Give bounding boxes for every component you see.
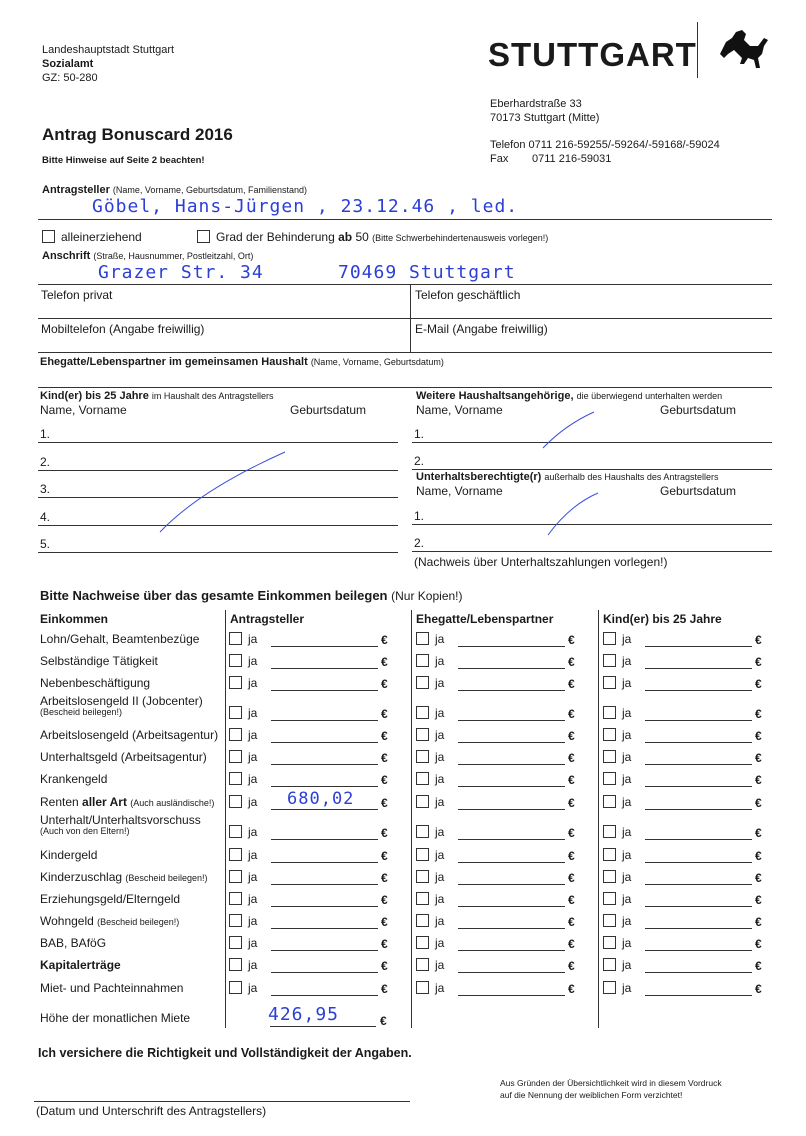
gender-note-line1: Aus Gründen der Übersichtlichkeit wird i… — [500, 1078, 722, 1088]
currency-symbol: € — [568, 655, 575, 669]
income-children-checkbox[interactable] — [603, 848, 616, 861]
income-spouse-checkbox[interactable] — [416, 936, 429, 949]
income-spouse-checkbox[interactable] — [416, 795, 429, 808]
income-row-sublabel: (Bescheid beilegen!) — [40, 707, 122, 717]
income-applicant-checkbox[interactable] — [229, 848, 242, 861]
yes-label: ja — [248, 728, 257, 742]
currency-symbol: € — [381, 796, 388, 810]
yes-label: ja — [435, 728, 444, 742]
yes-label: ja — [248, 750, 257, 764]
yes-label: ja — [248, 936, 257, 950]
income-children-checkbox[interactable] — [603, 892, 616, 905]
yes-label: ja — [622, 870, 631, 884]
yes-label: ja — [435, 870, 444, 884]
yes-label: ja — [248, 825, 257, 839]
income-spouse-checkbox[interactable] — [416, 632, 429, 645]
currency-symbol: € — [755, 849, 762, 863]
currency-symbol: € — [755, 677, 762, 691]
yes-label: ja — [248, 870, 257, 884]
currency-symbol: € — [568, 729, 575, 743]
yes-label: ja — [622, 772, 631, 786]
yes-label: ja — [248, 772, 257, 786]
currency-symbol: € — [568, 849, 575, 863]
currency-symbol: € — [381, 826, 388, 840]
currency-symbol: € — [381, 751, 388, 765]
income-spouse-checkbox[interactable] — [416, 914, 429, 927]
yes-label: ja — [248, 892, 257, 906]
income-applicant-checkbox[interactable] — [229, 772, 242, 785]
yes-label: ja — [435, 750, 444, 764]
income-row-label: Miet- und Pachteinnahmen — [40, 981, 183, 995]
currency-symbol: € — [381, 871, 388, 885]
declaration-text: Ich versichere die Richtigkeit und Volls… — [38, 1046, 412, 1060]
currency-symbol: € — [381, 959, 388, 973]
income-applicant-checkbox[interactable] — [229, 870, 242, 883]
currency-symbol: € — [381, 982, 388, 996]
income-row-label: Erziehungsgeld/Elterngeld — [40, 892, 180, 906]
yes-label: ja — [435, 676, 444, 690]
currency-symbol: € — [568, 633, 575, 647]
income-children-checkbox[interactable] — [603, 750, 616, 763]
currency-symbol: € — [381, 893, 388, 907]
currency-symbol: € — [568, 773, 575, 787]
currency-symbol: € — [568, 915, 575, 929]
currency-symbol: € — [755, 959, 762, 973]
income-spouse-checkbox[interactable] — [416, 958, 429, 971]
income-row-label: Wohngeld (Bescheid beilegen!) — [40, 914, 179, 928]
currency-symbol: € — [568, 959, 575, 973]
income-children-checkbox[interactable] — [603, 706, 616, 719]
signature-field[interactable] — [38, 1084, 410, 1100]
income-spouse-checkbox[interactable] — [416, 676, 429, 689]
yes-label: ja — [248, 981, 257, 995]
currency-symbol: € — [755, 655, 762, 669]
yes-label: ja — [622, 632, 631, 646]
income-children-checkbox[interactable] — [603, 914, 616, 927]
rent-label: Höhe der monatlichen Miete — [40, 1011, 190, 1025]
yes-label: ja — [622, 795, 631, 809]
rent-field[interactable]: 426,95 — [268, 1004, 339, 1025]
yes-label: ja — [248, 654, 257, 668]
income-row-label: Kindergeld — [40, 848, 97, 862]
income-applicant-checkbox[interactable] — [229, 676, 242, 689]
income-applicant-checkbox[interactable] — [229, 795, 242, 808]
income-applicant-checkbox[interactable] — [229, 632, 242, 645]
income-row-label: Arbeitslosengeld II (Jobcenter) — [40, 694, 203, 708]
yes-label: ja — [248, 958, 257, 972]
currency-symbol: € — [568, 893, 575, 907]
currency-symbol: € — [755, 871, 762, 885]
income-children-checkbox[interactable] — [603, 795, 616, 808]
yes-label: ja — [435, 772, 444, 786]
income-applicant-checkbox[interactable] — [229, 914, 242, 927]
currency-symbol: € — [755, 893, 762, 907]
currency-symbol: € — [755, 751, 762, 765]
yes-label: ja — [248, 795, 257, 809]
yes-label: ja — [622, 706, 631, 720]
income-row-label: Selbständige Tätigkeit — [40, 654, 158, 668]
income-spouse-checkbox[interactable] — [416, 772, 429, 785]
income-heading: Bitte Nachweise über das gesamte Einkomm… — [40, 588, 463, 603]
income-applicant-amount[interactable]: 680,02 — [287, 789, 354, 809]
yes-label: ja — [622, 654, 631, 668]
income-row-label: Arbeitslosengeld (Arbeitsagentur) — [40, 728, 218, 742]
rent-currency: € — [380, 1014, 387, 1028]
income-applicant-checkbox[interactable] — [229, 654, 242, 667]
currency-symbol: € — [381, 707, 388, 721]
income-children-checkbox[interactable] — [603, 676, 616, 689]
income-spouse-checkbox[interactable] — [416, 981, 429, 994]
yes-label: ja — [622, 914, 631, 928]
income-spouse-checkbox[interactable] — [416, 870, 429, 883]
yes-label: ja — [622, 981, 631, 995]
income-applicant-checkbox[interactable] — [229, 825, 242, 838]
income-row-label: Krankengeld — [40, 772, 107, 786]
currency-symbol: € — [755, 729, 762, 743]
income-applicant-checkbox[interactable] — [229, 936, 242, 949]
yes-label: ja — [622, 750, 631, 764]
currency-symbol: € — [381, 655, 388, 669]
currency-symbol: € — [381, 915, 388, 929]
currency-symbol: € — [568, 796, 575, 810]
currency-symbol: € — [381, 677, 388, 691]
currency-symbol: € — [381, 633, 388, 647]
income-spouse-checkbox[interactable] — [416, 892, 429, 905]
yes-label: ja — [248, 632, 257, 646]
gender-note-line2: auf die Nennung der weiblichen Form verz… — [500, 1090, 682, 1100]
currency-symbol: € — [381, 849, 388, 863]
income-row-label: Unterhalt/Unterhaltsvorschuss — [40, 813, 201, 827]
yes-label: ja — [435, 795, 444, 809]
income-spouse-checkbox[interactable] — [416, 848, 429, 861]
currency-symbol: € — [568, 751, 575, 765]
income-applicant-checkbox[interactable] — [229, 706, 242, 719]
currency-symbol: € — [755, 982, 762, 996]
income-col-label: Einkommen — [40, 612, 108, 626]
income-row-label: Lohn/Gehalt, Beamtenbezüge — [40, 632, 199, 646]
income-row-sublabel: (Auch von den Eltern!) — [40, 826, 130, 836]
currency-symbol: € — [568, 982, 575, 996]
income-applicant-checkbox[interactable] — [229, 892, 242, 905]
income-applicant-checkbox[interactable] — [229, 958, 242, 971]
yes-label: ja — [622, 825, 631, 839]
yes-label: ja — [435, 654, 444, 668]
yes-label: ja — [622, 728, 631, 742]
income-spouse-checkbox[interactable] — [416, 706, 429, 719]
yes-label: ja — [435, 892, 444, 906]
currency-symbol: € — [755, 773, 762, 787]
income-row-label: Kinderzuschlag (Bescheid beilegen!) — [40, 870, 207, 884]
currency-symbol: € — [568, 937, 575, 951]
yes-label: ja — [435, 632, 444, 646]
yes-label: ja — [248, 848, 257, 862]
income-children-checkbox[interactable] — [603, 632, 616, 645]
income-applicant-checkbox[interactable] — [229, 750, 242, 763]
income-children-checkbox[interactable] — [603, 728, 616, 741]
currency-symbol: € — [568, 826, 575, 840]
yes-label: ja — [435, 825, 444, 839]
yes-label: ja — [435, 848, 444, 862]
yes-label: ja — [622, 676, 631, 690]
income-spouse-checkbox[interactable] — [416, 825, 429, 838]
yes-label: ja — [248, 914, 257, 928]
income-row-label: BAB, BAföG — [40, 936, 106, 950]
currency-symbol: € — [568, 707, 575, 721]
currency-symbol: € — [381, 729, 388, 743]
currency-symbol: € — [755, 937, 762, 951]
yes-label: ja — [622, 958, 631, 972]
currency-symbol: € — [755, 796, 762, 810]
yes-label: ja — [622, 892, 631, 906]
yes-label: ja — [435, 958, 444, 972]
income-children-checkbox[interactable] — [603, 654, 616, 667]
yes-label: ja — [622, 936, 631, 950]
yes-label: ja — [248, 676, 257, 690]
currency-symbol: € — [755, 915, 762, 929]
income-spouse-checkbox[interactable] — [416, 654, 429, 667]
income-children-checkbox[interactable] — [603, 825, 616, 838]
currency-symbol: € — [381, 937, 388, 951]
income-applicant-checkbox[interactable] — [229, 981, 242, 994]
income-children-checkbox[interactable] — [603, 772, 616, 785]
currency-symbol: € — [568, 677, 575, 691]
income-children-checkbox[interactable] — [603, 936, 616, 949]
income-children-checkbox[interactable] — [603, 870, 616, 883]
currency-symbol: € — [755, 633, 762, 647]
currency-symbol: € — [381, 773, 388, 787]
yes-label: ja — [622, 848, 631, 862]
income-spouse-checkbox[interactable] — [416, 750, 429, 763]
income-row-label: Renten aller Art (Auch ausländische!) — [40, 795, 214, 809]
currency-symbol: € — [755, 826, 762, 840]
income-col-spouse: Ehegatte/Lebenspartner — [416, 612, 553, 626]
income-children-checkbox[interactable] — [603, 958, 616, 971]
income-row-label: Unterhaltsgeld (Arbeitsagentur) — [40, 750, 207, 764]
yes-label: ja — [248, 706, 257, 720]
yes-label: ja — [435, 706, 444, 720]
currency-symbol: € — [568, 871, 575, 885]
yes-label: ja — [435, 936, 444, 950]
income-row-label: Nebenbeschäftigung — [40, 676, 150, 690]
income-col-applicant: Antragsteller — [230, 612, 304, 626]
income-children-checkbox[interactable] — [603, 981, 616, 994]
yes-label: ja — [435, 981, 444, 995]
currency-symbol: € — [755, 707, 762, 721]
income-row-label: Kapitalerträge — [40, 958, 121, 972]
income-applicant-checkbox[interactable] — [229, 728, 242, 741]
income-col-children: Kind(er) bis 25 Jahre — [603, 612, 722, 626]
signature-label: (Datum und Unterschrift des Antragstelle… — [36, 1104, 266, 1118]
income-spouse-checkbox[interactable] — [416, 728, 429, 741]
yes-label: ja — [435, 914, 444, 928]
